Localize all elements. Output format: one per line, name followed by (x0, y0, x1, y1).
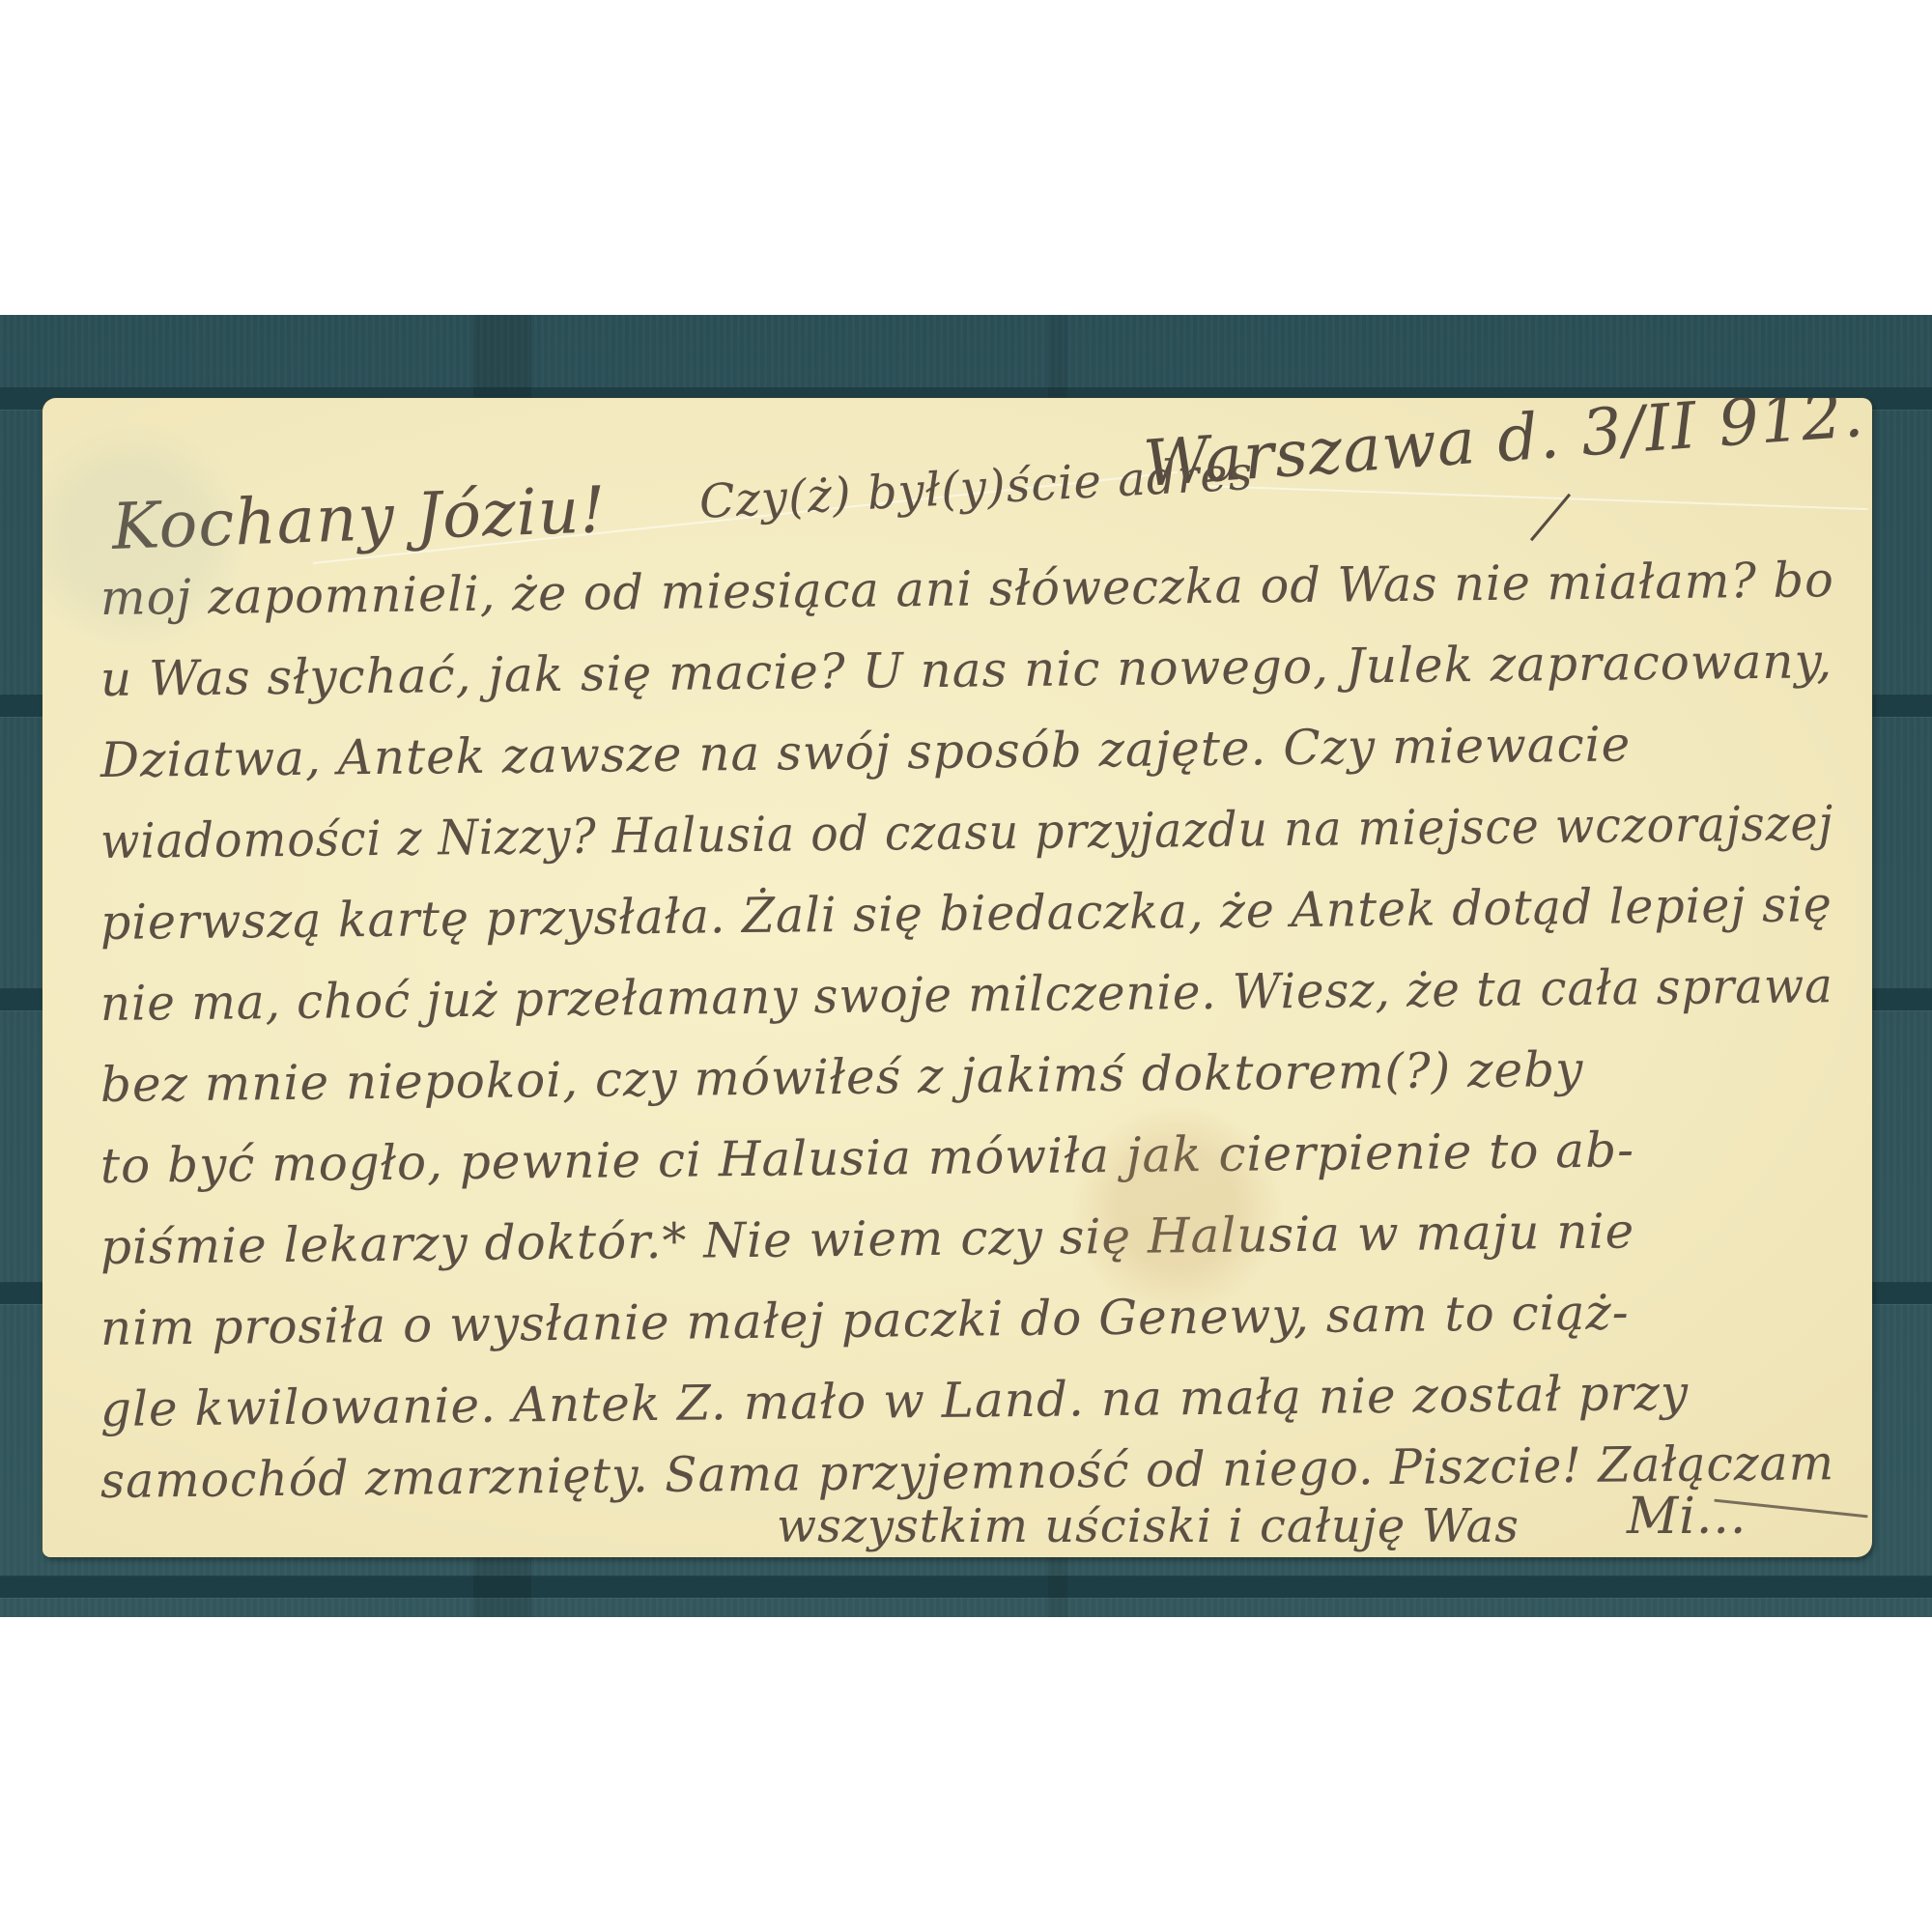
greeting: Kochany Józiu! (111, 472, 608, 564)
letter-line: u Was słychać, jak się macie? U nas nic … (100, 633, 1833, 707)
letter-line: Dziatwa, Antek zawsze na swój sposób zaj… (100, 716, 1632, 788)
letter-line: pierwszą kartę przysłała. Żali się bieda… (100, 876, 1833, 951)
scan-canvas: Warszawa d. 3/II 912. Kochany Józiu! Czy… (0, 0, 1932, 1932)
greeting-addendum: Czy(ż) był(y)ście adres (698, 446, 1255, 529)
letter-line: gle kwilowanie. Antek Z. mało w Land. na… (100, 1365, 1690, 1437)
letter-line: bez mnie niepokoi, czy mówiłeś z jakimś … (100, 1041, 1584, 1113)
letter-line: nim prosiła o wysłanie małej paczki do G… (100, 1284, 1630, 1356)
postcard: Warszawa d. 3/II 912. Kochany Józiu! Czy… (43, 398, 1872, 1557)
stock-book-strip (0, 1577, 1932, 1598)
closing-line: wszystkim uściski i całuję Was (777, 1499, 1520, 1553)
letter-line: wiadomości z Nizzy? Halusia od czasu prz… (100, 795, 1834, 869)
signature: Mi... (1627, 1488, 1747, 1546)
letter-line: to być mogło, pewnie ci Halusia mówiła j… (100, 1122, 1635, 1194)
letter-line: piśmie lekarzy doktór.* Nie wiem czy się… (100, 1203, 1635, 1275)
letter-line: samochód zmarznięty. Sama przyjemność od… (100, 1435, 1835, 1509)
letter-line: moj zapomnieli, że od miesiąca ani słówe… (100, 552, 1834, 626)
letter-line: nie ma, choć już przełamany swoje milcze… (100, 957, 1833, 1032)
date-underline (1530, 494, 1571, 541)
